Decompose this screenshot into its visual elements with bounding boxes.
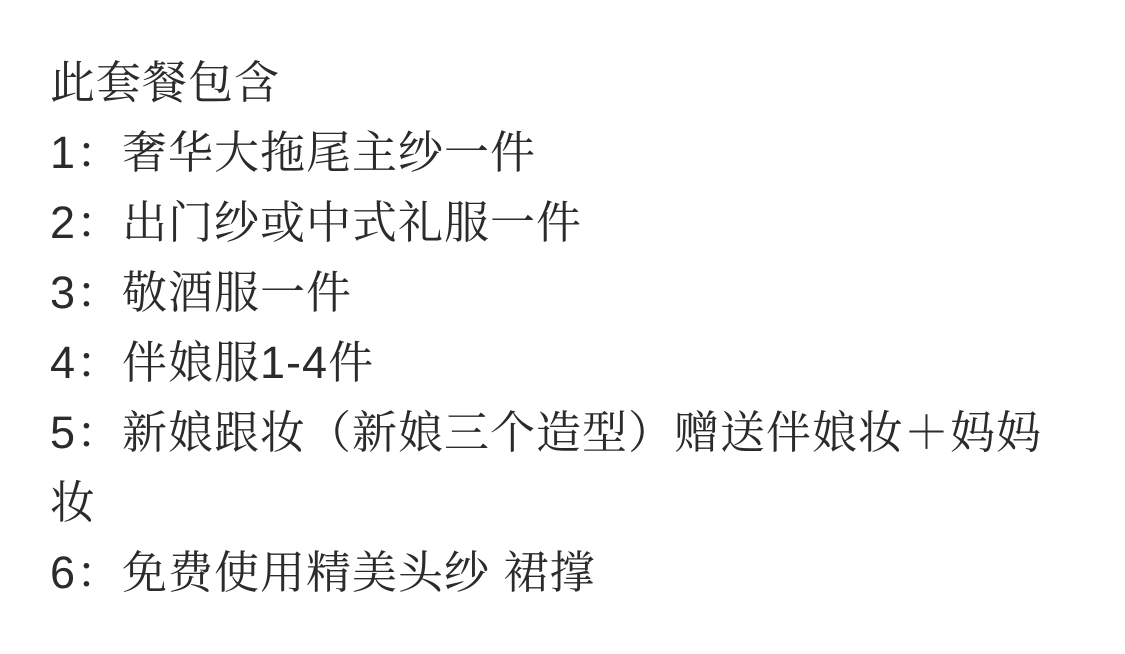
package-item-3: 3：敬酒服一件 — [50, 258, 1057, 328]
package-item-4: 4：伴娘服1-4件 — [50, 328, 1057, 398]
package-item-2: 2：出门纱或中式礼服一件 — [50, 188, 1057, 258]
package-item-1: 1：奢华大拖尾主纱一件 — [50, 118, 1057, 188]
package-description: 此套餐包含 1：奢华大拖尾主纱一件 2：出门纱或中式礼服一件 3：敬酒服一件 4… — [0, 0, 1125, 608]
package-item-6: 6：免费使用精美头纱 裙撑 — [50, 538, 1057, 608]
package-item-5: 5：新娘跟妆（新娘三个造型）赠送伴娘妆＋妈妈妆 — [50, 398, 1057, 538]
package-title: 此套餐包含 — [50, 48, 1057, 118]
